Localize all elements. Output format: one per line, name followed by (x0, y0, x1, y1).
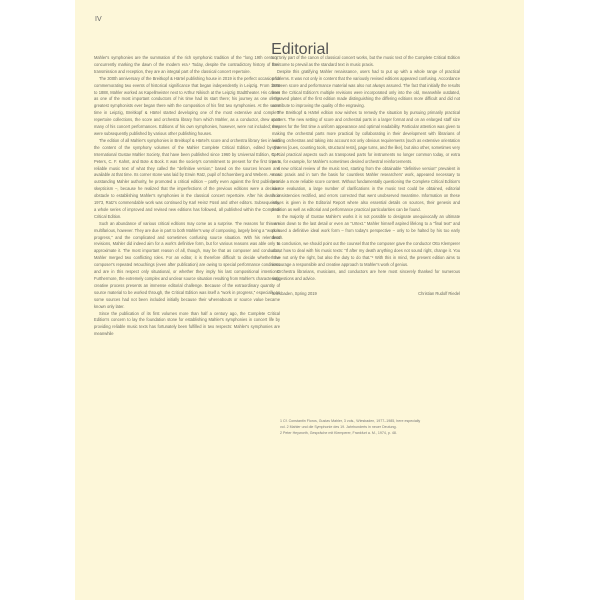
footnotes: 1 Cf. Constantin Floros, Gustav Mahler, … (280, 418, 470, 437)
left-column: Mahler's symphonies are the summation of… (94, 55, 280, 338)
paragraph: In the majority of Gustav Mahler's works… (272, 214, 460, 242)
paragraph: Mahler's symphonies are the summation of… (94, 55, 280, 76)
paragraph: Orchestra librarians, musicians, and con… (272, 269, 460, 283)
paragraph: Since the publication of its first volum… (94, 311, 280, 339)
paragraph: not only part of the canon of classical … (272, 55, 460, 69)
paragraph: Such an abundance of various critical ed… (94, 221, 280, 311)
author: Christian Rudolf Riedel (418, 291, 460, 298)
paragraph: The Breitkopf & Härtel edition now wishe… (272, 110, 460, 165)
paragraph: The edition of all Mahler's symphonies i… (94, 138, 280, 221)
signature-line: Wiesbaden, Spring 2019 Christian Rudolf … (272, 291, 460, 298)
footnote: 2 Peter Heyworth, Gespräche mit Klempere… (280, 430, 470, 436)
page-number: IV (95, 16, 102, 23)
paragraph: A new critical review of the music text,… (272, 166, 460, 214)
paragraph: Despite this gratifying Mahler renaissan… (272, 69, 460, 110)
place-date: Wiesbaden, Spring 2019 (272, 291, 317, 298)
right-column: not only part of the canon of classical … (272, 55, 460, 298)
paragraph: In conclusion, we should point out the c… (272, 241, 460, 269)
paragraph: The 300th anniversary of the Breitkopf &… (94, 76, 280, 138)
